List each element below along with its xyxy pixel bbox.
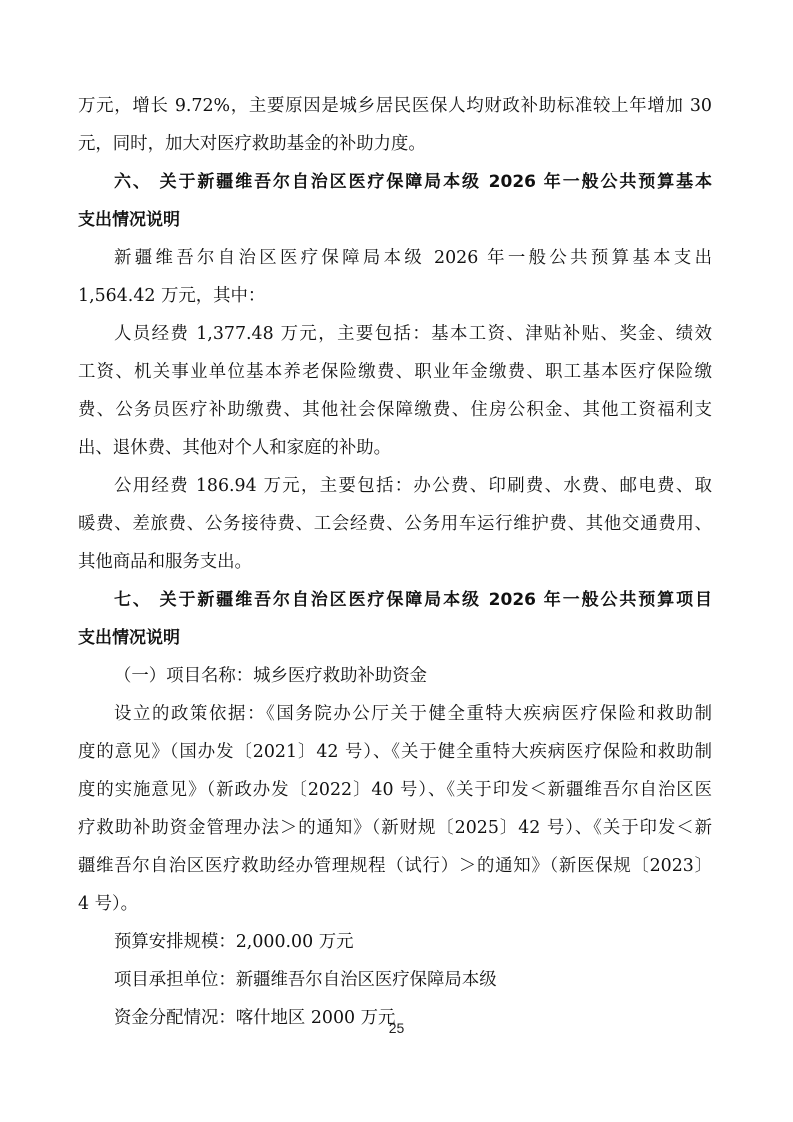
section-heading-7: 七、 关于新疆维吾尔自治区医疗保障局本级 2026 年一般公共预算项目 — [114, 581, 712, 619]
paragraph-line: 元，同时，加大对医疗救助基金的补助力度。 — [78, 125, 712, 163]
budget-scale-line: 预算安排规模：2,000.00 万元 — [114, 923, 712, 961]
project-unit-line: 项目承担单位：新疆维吾尔自治区医疗保障局本级 — [114, 961, 712, 999]
paragraph-line: 度的意见》（国办发〔2021〕42 号）、《关于健全重特大疾病医疗保险和救助制 — [78, 733, 712, 771]
paragraph-line: 万元，增长 9.72%，主要原因是城乡居民医保人均财政补助标准较上年增加 30 — [78, 87, 712, 125]
policy-basis-line: 设立的政策依据：《国务院办公厅关于健全重特大疾病医疗保险和救助制 — [114, 695, 712, 733]
paragraph-line: 度的实施意见》（新政办发〔2022〕40 号）、《关于印发＜新疆维吾尔自治区医 — [78, 771, 712, 809]
paragraph-line: 出、退休费、其他对个人和家庭的补助。 — [78, 429, 712, 467]
section-heading-7-cont: 支出情况说明 — [78, 619, 712, 657]
page-number: 25 — [0, 1020, 793, 1036]
project-name-line: （一）项目名称：城乡医疗救助补助资金 — [114, 657, 712, 695]
paragraph-line: 疗救助补助资金管理办法＞的通知》（新财规〔2025〕42 号）、《关于印发＜新 — [78, 809, 712, 847]
public-expense-line: 公用经费 186.94 万元，主要包括：办公费、印刷费、水费、邮电费、取 — [114, 467, 712, 505]
section-heading-6: 六、 关于新疆维吾尔自治区医疗保障局本级 2026 年一般公共预算基本 — [114, 163, 712, 201]
paragraph-line: 工资、机关事业单位基本养老保险缴费、职业年金缴费、职工基本医疗保险缴 — [78, 353, 712, 391]
paragraph-line: 其他商品和服务支出。 — [78, 543, 712, 581]
paragraph-line: 1,564.42 万元，其中： — [78, 277, 712, 315]
paragraph-line: 4 号）。 — [78, 885, 712, 923]
personnel-expense-line: 人员经费 1,377.48 万元，主要包括：基本工资、津贴补贴、奖金、绩效 — [114, 315, 712, 353]
paragraph-line: 新疆维吾尔自治区医疗保障局本级 2026 年一般公共预算基本支出 — [114, 239, 712, 277]
paragraph-line: 费、公务员医疗补助缴费、其他社会保障缴费、住房公积金、其他工资福利支 — [78, 391, 712, 429]
paragraph-line: 疆维吾尔自治区医疗救助经办管理规程（试行）＞的通知》（新医保规〔2023〕 — [78, 847, 712, 885]
paragraph-line: 暖费、差旅费、公务接待费、工会经费、公务用车运行维护费、其他交通费用、 — [78, 505, 712, 543]
section-heading-6-cont: 支出情况说明 — [78, 201, 712, 239]
